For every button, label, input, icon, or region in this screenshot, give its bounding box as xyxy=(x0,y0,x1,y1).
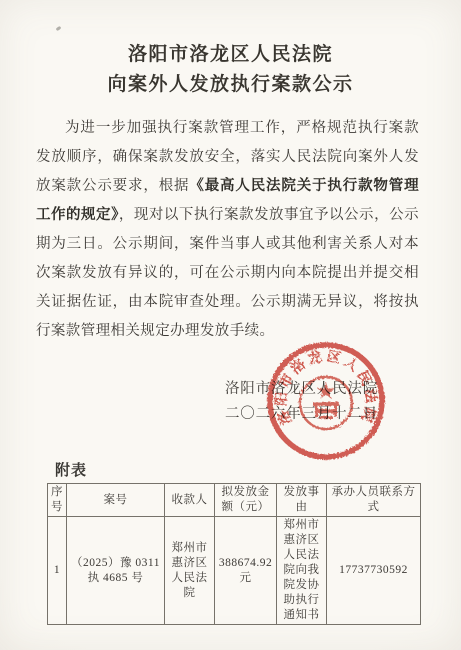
table-header-row: 序号 案号 收款人 拟发放金额（元） 发放事由 承办人员联系方式 xyxy=(48,484,421,517)
cell-amount: 388674.92 元 xyxy=(215,517,277,625)
header-contact: 承办人员联系方式 xyxy=(327,484,421,517)
header-amount: 拟发放金额（元） xyxy=(215,484,277,517)
header-payee: 收款人 xyxy=(165,484,215,517)
attachment-table-label: 附表 xyxy=(55,459,87,480)
table-row: 1 （2025）豫 0311 执 4685 号 郑州市惠济区人民法院 38867… xyxy=(48,517,421,625)
signature-court-name: 洛阳市洛龙区人民法院 xyxy=(225,377,378,402)
header-reason: 发放事由 xyxy=(277,484,327,517)
header-case-number: 案号 xyxy=(67,484,165,517)
cell-case-number: （2025）豫 0311 执 4685 号 xyxy=(67,517,165,625)
cell-payee: 郑州市惠济区人民法院 xyxy=(165,517,215,625)
document-title: 洛阳市洛龙区人民法院 向案外人发放执行案款公示 xyxy=(0,0,461,100)
case-funds-table: 序号 案号 收款人 拟发放金额（元） 发放事由 承办人员联系方式 1 （2025… xyxy=(47,483,421,625)
paragraph-text-after: ，现对以下执行案款发放事宜予以公示，公示期为三日。公示期间，案件当事人或其他利害… xyxy=(36,207,419,339)
title-court-name: 洛阳市洛龙区人民法院 xyxy=(0,40,461,70)
scanned-document-page: 洛阳市洛龙区人民法院 向案外人发放执行案款公示 为进一步加强执行案款管理工作，严… xyxy=(0,0,461,650)
signature-block: 洛阳市洛龙区人民法院 二〇二六年三月十二日 xyxy=(225,377,378,427)
signature-date: 二〇二六年三月十二日 xyxy=(225,402,378,427)
header-seq: 序号 xyxy=(48,484,67,517)
title-notice-type: 向案外人发放执行案款公示 xyxy=(0,70,461,100)
cell-contact: 17737730592 xyxy=(327,517,421,625)
cell-seq: 1 xyxy=(48,517,67,625)
notice-paragraph: 为进一步加强执行案款管理工作，严格规范执行案款发放顺序，确保案款发放安全，落实人… xyxy=(36,114,419,346)
cell-reason: 郑州市惠济区人民法院向我院发协助执行通知书 xyxy=(277,517,327,625)
